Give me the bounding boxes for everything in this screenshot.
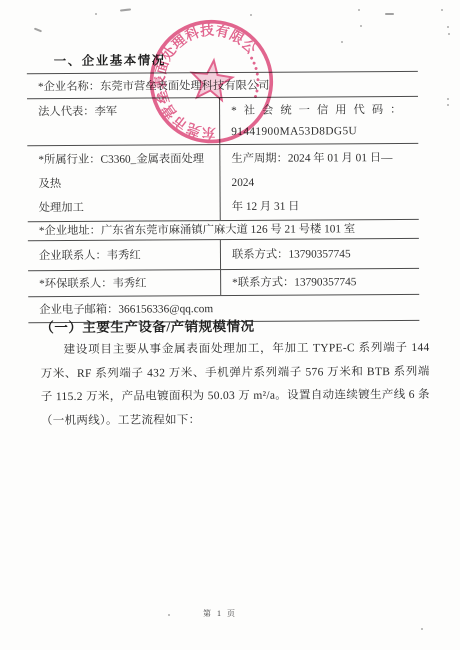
credit-code-value: 91441900MA53D8DG5U [231, 121, 412, 143]
table-row-contact: 企业联系人：韦秀红 联系方式：13790357745 [28, 239, 419, 271]
project-description-paragraph: 建设项目主要从事金属表面处理加工，年加工 TYPE-C 系列端子 144 万米、… [40, 337, 430, 433]
table-row-industry: *所属行业：C3360_金属表面处理及热 处理加工 生产周期：2024 年 01… [27, 144, 418, 222]
period-line1: 生产周期：2024 年 01 月 01 日—2024 [231, 146, 412, 195]
address-cell: *企业地址：广东省东莞市麻涌镇广麻大道 126 号 21 号楼 101 室 [28, 220, 419, 240]
contact-phone-cell: 联系方式：13790357745 [220, 239, 419, 269]
credit-code-label: *社会统一信用代码： [231, 100, 412, 122]
industry-line2: 处理加工 [39, 195, 214, 220]
scan-speck [341, 41, 343, 43]
scan-speck [421, 628, 423, 630]
env-contact-person-cell: *环保联系人：韦秀红 [28, 270, 220, 296]
section-2-heading: （一）主要生产设备/产销规模情况 [40, 315, 254, 336]
page-number: 第 1 页 [203, 608, 237, 619]
table-row-legal-rep: 法人代表：李军 *社会统一信用代码： 91441900MA53D8DG5U [27, 97, 418, 146]
company-name-cell: *企业名称：东莞市营垒表面处理科技有限公司 [27, 72, 418, 98]
scan-speck [448, 33, 450, 35]
section-1-heading: 一、企业基本情况 [54, 50, 166, 69]
scan-speck [95, 13, 97, 15]
scan-speck [358, 9, 360, 11]
scan-speck [447, 26, 449, 28]
scan-speck [360, 25, 362, 27]
scan-speck [385, 13, 394, 15]
table-row-company-name: *企业名称：东莞市营垒表面处理科技有限公司 [27, 72, 418, 99]
scan-speck [441, 9, 443, 11]
table-row-address: *企业地址：广东省东莞市麻涌镇广麻大道 126 号 21 号楼 101 室 [28, 220, 419, 241]
scanned-document-page: 一、企业基本情况 *企业名称：东莞市营垒表面处理科技有限公司 法人代表：李军 *… [0, 0, 460, 650]
document-content: 一、企业基本情况 *企业名称：东莞市营垒表面处理科技有限公司 法人代表：李军 *… [0, 0, 460, 650]
industry-line1: *所属行业：C3360_金属表面处理及热 [38, 147, 213, 196]
period-line2: 年 12 月 31 日 [232, 194, 413, 219]
legal-rep-cell: 法人代表：李军 [27, 98, 219, 145]
scan-speck [447, 104, 449, 106]
contact-person-cell: 企业联系人：韦秀红 [28, 240, 220, 270]
table-row-env-contact: *环保联系人：韦秀红 *联系方式：13790357745 [28, 269, 419, 297]
company-info-table: *企业名称：东莞市营垒表面处理科技有限公司 法人代表：李军 *社会统一信用代码：… [27, 71, 420, 323]
credit-code-cell: *社会统一信用代码： 91441900MA53D8DG5U [219, 97, 418, 144]
scan-speck [250, 14, 252, 16]
production-period-cell: 生产周期：2024 年 01 月 01 日—2024 年 12 月 31 日 [219, 144, 418, 220]
scan-speck [447, 98, 449, 100]
env-contact-phone-cell: *联系方式：13790357745 [220, 269, 419, 295]
scan-speck [168, 614, 170, 616]
industry-cell: *所属行业：C3360_金属表面处理及热 处理加工 [27, 145, 219, 221]
